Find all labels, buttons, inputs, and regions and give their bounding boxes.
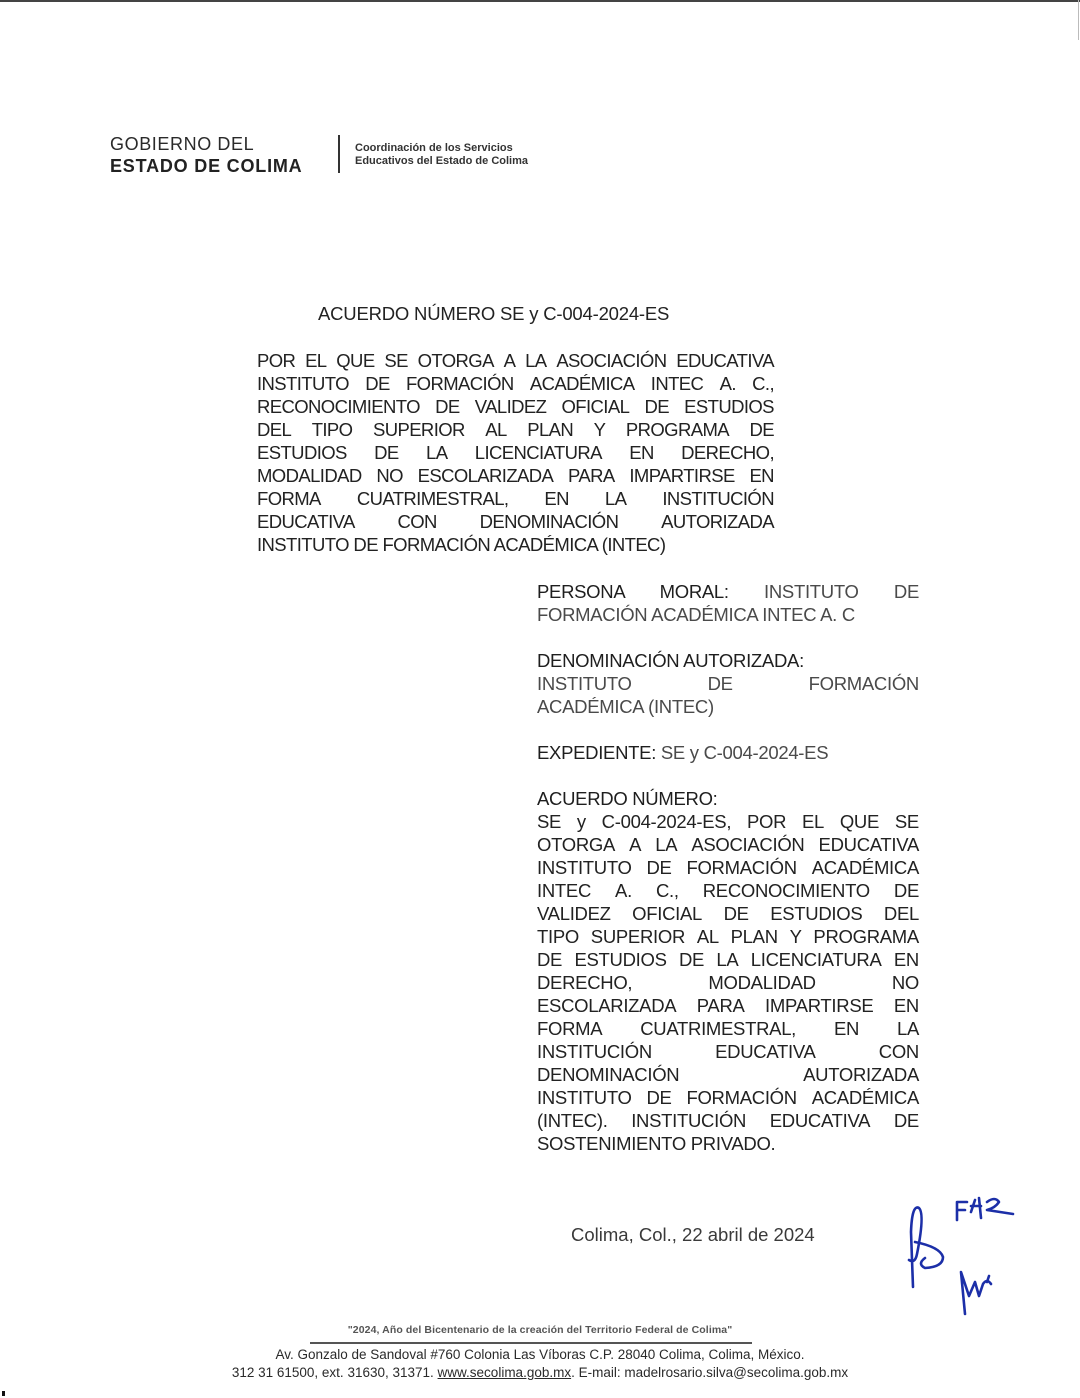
expediente-label: EXPEDIENTE:	[537, 742, 656, 763]
word: INSTITUTO	[257, 372, 349, 395]
word: DE	[724, 902, 749, 925]
word: ASOCIACIÓN	[691, 833, 804, 856]
word: DE	[894, 879, 919, 902]
word: INSTITUCIÓN	[631, 1109, 746, 1132]
letterhead-government: GOBIERNO DEL ESTADO DE COLIMA	[110, 133, 302, 177]
word: EN	[834, 1017, 859, 1040]
intro-line: INSTITUTO DE FORMACIÓN ACADÉMICA (INTEC)	[257, 533, 774, 556]
word: LA	[605, 487, 626, 510]
word: AUTORIZADA	[661, 510, 774, 533]
intro-line: RECONOCIMIENTODEVALIDEZOFICIALDEESTUDIOS	[257, 395, 774, 418]
word: TIPO	[312, 418, 353, 441]
word: DERECHO,	[681, 441, 774, 464]
word: RECONOCIMIENTO	[703, 879, 870, 902]
word: ESTUDIOS	[684, 395, 774, 418]
handwritten-signature-icon	[895, 1192, 1035, 1317]
word: Y	[790, 925, 802, 948]
letterhead-agency: Coordinación de los Servicios Educativos…	[355, 142, 528, 168]
word: PLAN	[731, 925, 778, 948]
word: IMPARTIRSE	[765, 994, 873, 1017]
persona-moral-block: PERSONA MORAL: INSTITUTO DE FORMACIÓN AC…	[537, 580, 919, 626]
word: EDUCATIVA	[257, 510, 355, 533]
scan-mark	[2, 1391, 5, 1396]
word: (INTEC).	[537, 1109, 608, 1132]
word: AL	[485, 418, 506, 441]
word: FORMACIÓN	[406, 372, 514, 395]
word: A	[504, 349, 516, 372]
word: EL	[305, 349, 326, 372]
acuerdo-line: SEyC-004-2024-ES,PORELQUESE	[537, 810, 919, 833]
word: MODALIDAD	[257, 464, 362, 487]
word: INTEC	[537, 879, 591, 902]
word: LICENCIATURA	[751, 948, 882, 971]
word: MODALIDAD	[708, 971, 815, 994]
word: FORMACIÓN	[686, 856, 796, 879]
letterhead-divider	[338, 135, 340, 173]
word: CUATRIMESTRAL,	[357, 487, 509, 510]
acuerdo-line: VALIDEZOFICIALDEESTUDIOSDEL	[537, 902, 919, 925]
word: AL	[697, 925, 719, 948]
word: AUTORIZADA	[803, 1063, 919, 1086]
acuerdo-line: TIPOSUPERIORALPLANYPROGRAMA	[537, 925, 919, 948]
word: LA	[655, 833, 677, 856]
word: VALIDEZ	[475, 395, 547, 418]
word: FORMACIÓN	[809, 672, 919, 695]
word: TIPO	[537, 925, 579, 948]
word: ASOCIACIÓN	[556, 349, 666, 372]
word: LA	[525, 349, 546, 372]
word: EN	[544, 487, 569, 510]
acuerdo-line: (INTEC).INSTITUCIÓNEDUCATIVADE	[537, 1109, 919, 1132]
word: INSTITUCIÓN	[662, 487, 774, 510]
document-date: Colima, Col., 22 abril de 2024	[571, 1224, 815, 1246]
word: QUE	[336, 349, 374, 372]
word: EL	[802, 810, 824, 833]
word: INSTITUCIÓN	[537, 1040, 652, 1063]
word: SUPERIOR	[591, 925, 685, 948]
word: DEL	[257, 418, 291, 441]
word: DE	[679, 948, 704, 971]
footer-website-link[interactable]: www.secolima.gob.mx	[438, 1365, 572, 1380]
word: LA	[716, 948, 738, 971]
word: RECONOCIMIENTO	[257, 395, 420, 418]
word: ACADÉMICA	[530, 372, 635, 395]
word: SE	[384, 349, 407, 372]
word: EDUCATIVA	[715, 1040, 815, 1063]
acuerdo-line: SOSTENIMIENTO PRIVADO.	[537, 1132, 919, 1155]
word: SUPERIOR	[373, 418, 465, 441]
page-edge-right	[1078, 0, 1079, 40]
intro-line: PORELQUESEOTORGAALAASOCIACIÓNEDUCATIVA	[257, 349, 774, 372]
word: FORMA	[257, 487, 321, 510]
word: DE	[644, 395, 669, 418]
word: DE	[646, 856, 671, 879]
footer-address: Av. Gonzalo de Sandoval #760 Colonia Las…	[0, 1346, 1080, 1364]
word: DE	[749, 418, 774, 441]
word: DENOMINACIÓN	[537, 1063, 679, 1086]
word: QUE	[840, 810, 879, 833]
word: EN	[629, 441, 654, 464]
word: PARA	[568, 464, 615, 487]
agency-line2: Educativos del Estado de Colima	[355, 155, 528, 168]
word: y	[577, 810, 586, 833]
denominacion-value-2: ACADÉMICA (INTEC)	[537, 695, 919, 718]
word: INSTITUTO	[537, 1086, 632, 1109]
agency-line1: Coordinación de los Servicios	[355, 142, 528, 155]
intro-line: INSTITUTODEFORMACIÓNACADÉMICAINTECA.C.,	[257, 372, 774, 395]
intro-line: FORMACUATRIMESTRAL,ENLAINSTITUCIÓN	[257, 487, 774, 510]
word: A	[629, 833, 641, 856]
word: DE	[646, 1086, 671, 1109]
word: PLAN	[527, 418, 573, 441]
word: CUATRIMESTRAL,	[640, 1017, 796, 1040]
expediente-value: SE y C-004-2024-ES	[661, 742, 828, 763]
word: A.	[720, 372, 736, 395]
word: DENOMINACIÓN	[480, 510, 619, 533]
word: FORMA	[537, 1017, 602, 1040]
word: NO	[376, 464, 403, 487]
word: INSTITUTO	[537, 672, 632, 695]
acuerdo-line: INSTITUTODEFORMACIÓNACADÉMICA	[537, 1086, 919, 1109]
word: POR	[257, 349, 295, 372]
acuerdo-label: ACUERDO NÚMERO:	[537, 787, 919, 810]
word: POR	[747, 810, 786, 833]
word: ESTUDIOS	[257, 441, 347, 464]
word: OTORGA	[537, 833, 615, 856]
denominacion-block: DENOMINACIÓN AUTORIZADA: INSTITUTODEFORM…	[537, 649, 919, 718]
footer-phone: 312 31 61500, ext. 31630, 31371.	[232, 1365, 434, 1380]
word: EDUCATIVA	[770, 1109, 870, 1132]
intro-line: ESTUDIOSDELALICENCIATURAENDERECHO,	[257, 441, 774, 464]
word: LA	[897, 1017, 919, 1040]
word: DE	[435, 395, 460, 418]
footer-email-label: . E-mail:	[571, 1365, 624, 1380]
footer-divider	[310, 1342, 752, 1344]
word: C-004-2024-ES,	[602, 810, 731, 833]
word: ESTUDIOS	[574, 948, 666, 971]
word: CON	[879, 1040, 919, 1063]
word: VALIDEZ	[537, 902, 611, 925]
word: NO	[892, 971, 919, 994]
word: C.,	[752, 372, 774, 395]
acuerdo-line: INSTITUCIÓNEDUCATIVACON	[537, 1040, 919, 1063]
word: ACADÉMICA	[812, 1086, 919, 1109]
denominacion-value-1: INSTITUTODEFORMACIÓN	[537, 672, 919, 695]
word: FORMACIÓN	[686, 1086, 796, 1109]
footer-contact-line: 312 31 61500, ext. 31630, 31371. www.sec…	[0, 1364, 1080, 1382]
word: LICENCIATURA	[475, 441, 602, 464]
acuerdo-line: FORMACUATRIMESTRAL,ENLA	[537, 1017, 919, 1040]
denominacion-label: DENOMINACIÓN AUTORIZADA:	[537, 649, 919, 672]
word: ESCOLARIZADA	[537, 994, 676, 1017]
footer-email[interactable]: madelrosario.silva@secolima.gob.mx	[624, 1365, 848, 1380]
intro-line: EDUCATIVACONDENOMINACIÓNAUTORIZADA	[257, 510, 774, 533]
intro-line: DELTIPOSUPERIORALPLANYPROGRAMADE	[257, 418, 774, 441]
word: PARA	[697, 994, 745, 1017]
document-title: ACUERDO NÚMERO SE y C-004-2024-ES	[318, 303, 669, 325]
acuerdo-line: DERECHO,MODALIDADNO	[537, 971, 919, 994]
gov-name-line2: ESTADO DE COLIMA	[110, 155, 302, 177]
word: OFICIAL	[632, 902, 702, 925]
word: IMPARTIRSE	[629, 464, 734, 487]
footer-contact: Av. Gonzalo de Sandoval #760 Colonia Las…	[0, 1346, 1080, 1382]
acuerdo-line: INTECA.C.,RECONOCIMIENTODE	[537, 879, 919, 902]
persona-moral-value-1: INSTITUTO DE	[764, 581, 919, 602]
word: DE	[708, 672, 733, 695]
word: EN	[749, 464, 774, 487]
word: EN	[894, 948, 919, 971]
word: SE	[895, 810, 919, 833]
acuerdo-line: DEESTUDIOSDELALICENCIATURAEN	[537, 948, 919, 971]
word: INSTITUTO	[537, 856, 632, 879]
intro-paragraph: PORELQUESEOTORGAALAASOCIACIÓNEDUCATIVAIN…	[257, 349, 774, 556]
word: INTEC	[651, 372, 704, 395]
gov-name-line1: GOBIERNO DEL	[110, 133, 302, 155]
expediente-block: EXPEDIENTE: SE y C-004-2024-ES	[537, 741, 919, 764]
footer-motto: "2024, Año del Bicentenario de la creaci…	[0, 1324, 1080, 1336]
word: EDUCATIVA	[676, 349, 774, 372]
word: DE	[894, 1109, 919, 1132]
word: DEL	[884, 902, 919, 925]
intro-line: MODALIDADNOESCOLARIZADAPARAIMPARTIRSEEN	[257, 464, 774, 487]
word: Y	[594, 418, 606, 441]
word: OTORGA	[418, 349, 494, 372]
page-edge-top	[0, 0, 1080, 2]
word: ESTUDIOS	[770, 902, 862, 925]
word: DE	[365, 372, 390, 395]
acuerdo-line: DENOMINACIÓNAUTORIZADA	[537, 1063, 919, 1086]
word: CON	[398, 510, 437, 533]
word: EDUCATIVA	[819, 833, 919, 856]
word: SE	[537, 810, 561, 833]
acuerdo-line: ESCOLARIZADAPARAIMPARTIRSEEN	[537, 994, 919, 1017]
word: PROGRAMA	[626, 418, 729, 441]
acuerdo-block: ACUERDO NÚMERO: SEyC-004-2024-ES,PORELQU…	[537, 787, 919, 1155]
word: ACADÉMICA	[812, 856, 919, 879]
persona-moral-label: PERSONA MORAL:	[537, 581, 729, 602]
persona-moral-value-2: FORMACIÓN ACADÉMICA INTEC A. C	[537, 603, 919, 626]
word: DERECHO,	[537, 971, 632, 994]
word: DE	[537, 948, 562, 971]
word: LA	[426, 441, 447, 464]
word: A.	[615, 879, 632, 902]
word: OFICIAL	[562, 395, 630, 418]
acuerdo-line: OTORGAALAASOCIACIÓNEDUCATIVA	[537, 833, 919, 856]
word: EN	[894, 994, 919, 1017]
word: C.,	[656, 879, 679, 902]
acuerdo-line: INSTITUTODEFORMACIÓNACADÉMICA	[537, 856, 919, 879]
word: DE	[374, 441, 399, 464]
word: PROGRAMA	[813, 925, 919, 948]
word: ESCOLARIZADA	[418, 464, 554, 487]
